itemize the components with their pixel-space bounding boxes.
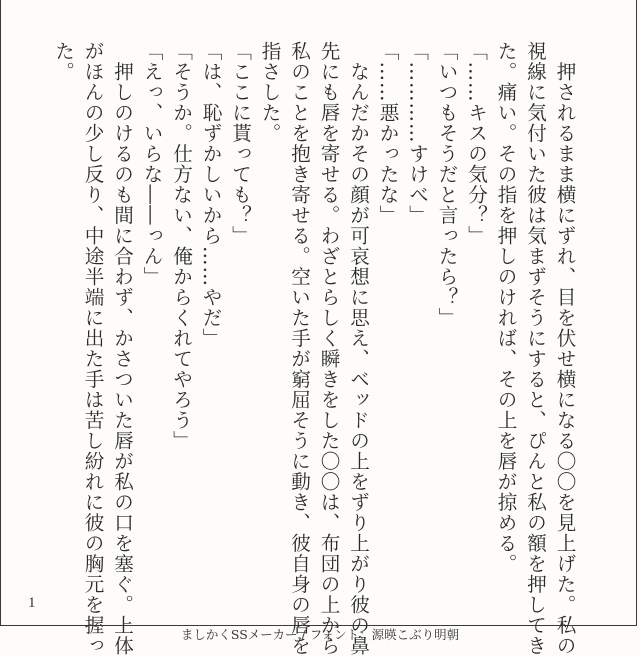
text-line: 「ここに貰っても？」 — [225, 41, 255, 601]
story-page: 押されるまま横にずれ、目を伏せ横になる〇〇を見上げた。私の 視線に気付いた彼は気… — [0, 0, 637, 626]
text-line: 「……悪かったな」 — [373, 41, 403, 601]
text-line: 「えっ、いらな――っん」 — [137, 41, 167, 601]
text-line: 「は、恥ずかしいから……やだ」 — [196, 41, 226, 601]
text-line: 私のことを抱き寄せる。空いた手が窮屈そうに動き、彼自身の唇を — [284, 41, 314, 601]
footer-credit: ましかくSSメーカー / フォント：源暎こぶり明朝 — [0, 628, 640, 640]
vertical-story-text: 押されるまま横にずれ、目を伏せ横になる〇〇を見上げた。私の 視線に気付いた彼は気… — [48, 41, 579, 601]
text-line: がほんの少し反り、中途半端に出た手は苦し紛れに彼の胸元を握っ — [78, 41, 108, 601]
text-line: 指さした。 — [255, 41, 285, 601]
text-line: た。痛い。その指を押しのければ、その上を唇が掠める。 — [491, 41, 521, 601]
text-line: 視線に気付いた彼は気まずそうにすると、ぴんと私の額を押してき — [520, 41, 550, 601]
text-line: 「……キスの気分？」 — [461, 41, 491, 601]
text-line: 押しのけるのも間に合わず、かさついた唇が私の口を塞ぐ。上体 — [107, 41, 137, 601]
text-line: 先にも唇を寄せる。わざとらしく瞬きをした〇〇は、布団の上から — [314, 41, 344, 601]
text-line: 「そうか。仕方ない、俺からくれてやろう」 — [166, 41, 196, 601]
text-line: 「いつもそうだと言ったら？」 — [432, 41, 462, 601]
page-number: 1 — [28, 595, 36, 612]
text-line: なんだかその顔が可哀想に思え、ベッドの上をずり上がり彼の鼻 — [343, 41, 373, 601]
text-line: た。 — [48, 41, 78, 601]
text-line: 押されるまま横にずれ、目を伏せ横になる〇〇を見上げた。私の — [550, 41, 580, 601]
text-line: 「…………すけべ」 — [402, 41, 432, 601]
